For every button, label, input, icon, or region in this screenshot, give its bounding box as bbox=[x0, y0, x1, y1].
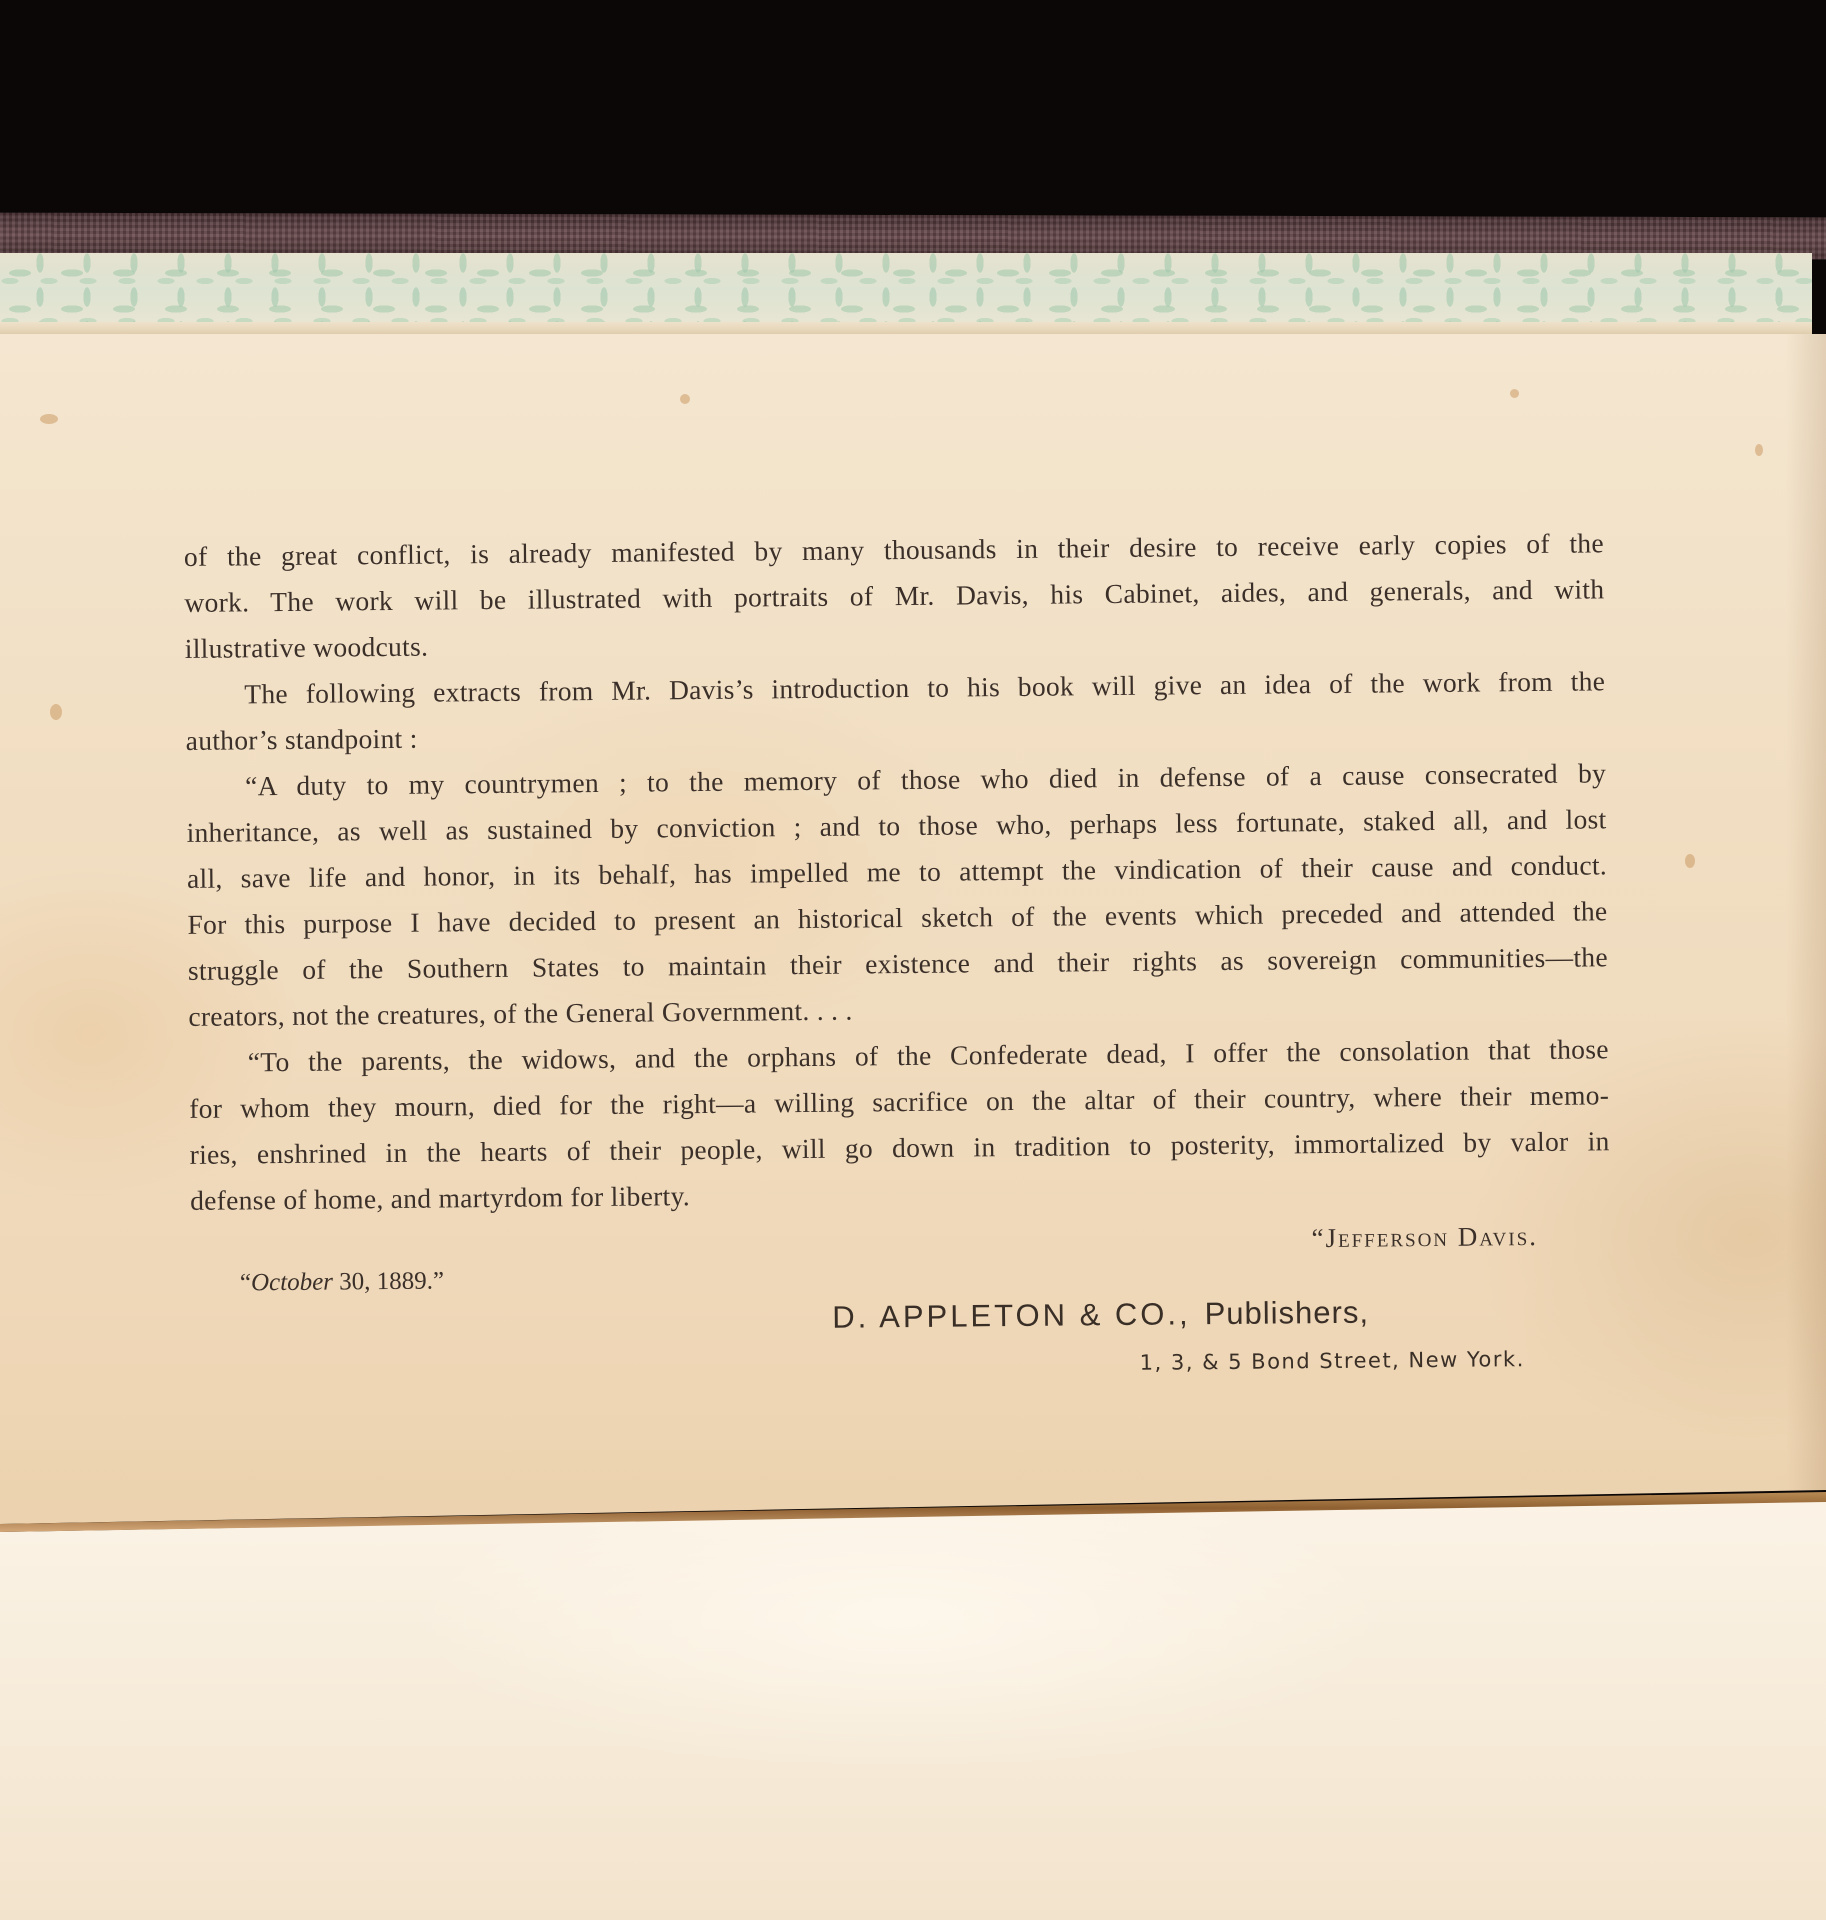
foxing-spot bbox=[1685, 854, 1695, 868]
publisher-label: Publishers, bbox=[1204, 1295, 1369, 1332]
foxing-spot bbox=[1755, 444, 1763, 456]
patterned-endpaper bbox=[0, 253, 1812, 327]
foxing-spot bbox=[680, 394, 690, 404]
foxing-spot bbox=[50, 704, 62, 720]
publisher-line: D. APPLETON & CO.,Publishers, bbox=[832, 1295, 1369, 1336]
foxing-spot bbox=[40, 414, 58, 424]
signature-jefferson-davis: “Jefferson Davis. bbox=[1311, 1221, 1538, 1254]
foxing-spot bbox=[1510, 389, 1519, 398]
page-edge-shadow bbox=[1786, 334, 1826, 1524]
printed-page: of the great conflict, is already manife… bbox=[0, 334, 1826, 1524]
publisher-name: D. APPLETON & CO., bbox=[832, 1296, 1191, 1334]
publisher-address: 1, 3, & 5 Bond Street, New York. bbox=[1140, 1347, 1525, 1375]
date-rest: 30, 1889.” bbox=[333, 1267, 444, 1295]
book-photo-scene: of the great conflict, is already manife… bbox=[0, 0, 1826, 1920]
date-month: October bbox=[251, 1269, 333, 1297]
date-line: “October 30, 1889.” bbox=[240, 1267, 444, 1297]
date-open-quote: “ bbox=[240, 1269, 251, 1296]
facing-blank-page bbox=[0, 1500, 1826, 1920]
